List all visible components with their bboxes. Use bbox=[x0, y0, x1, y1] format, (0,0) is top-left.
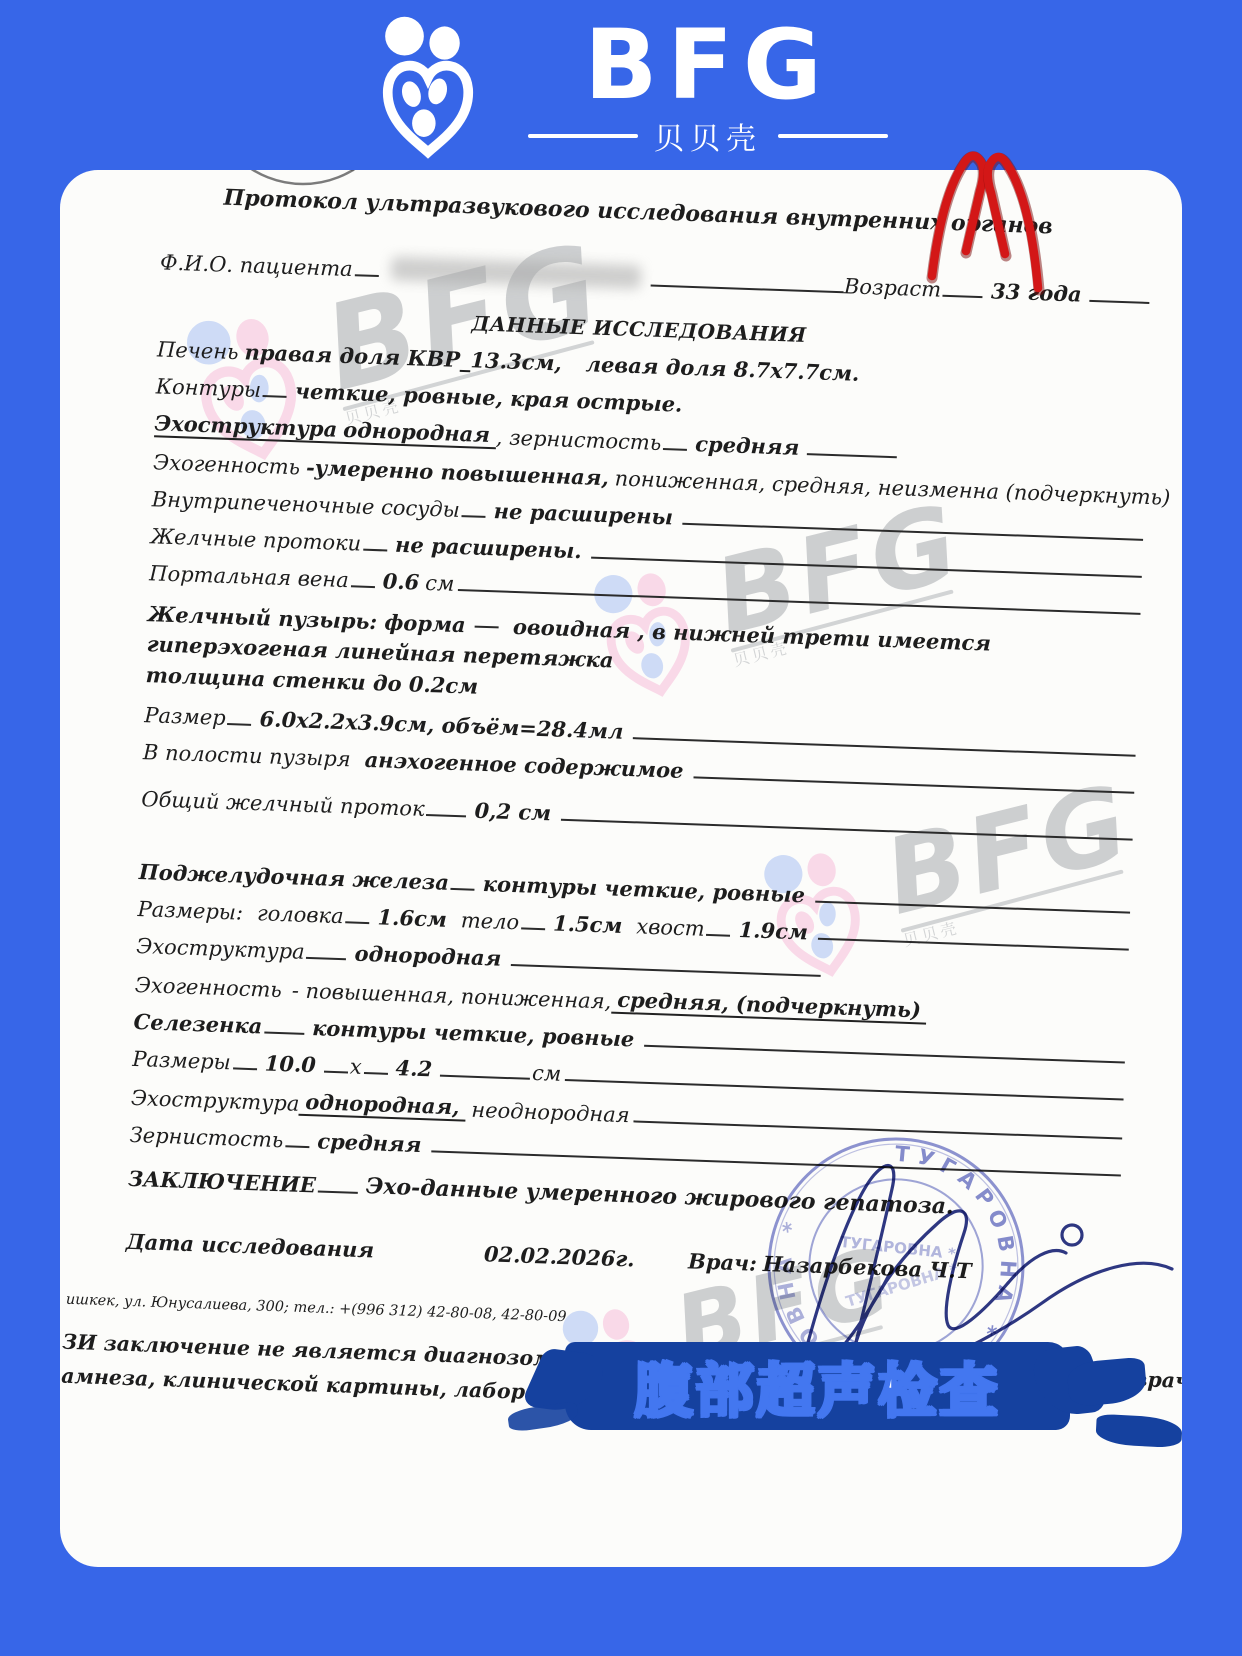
portal-vein-unit: см bbox=[425, 571, 455, 596]
patient-label: Ф.И.О. пациента bbox=[160, 250, 353, 281]
gb-size-value: 6.0х2.2х3.9см, объём=28.4мл bbox=[253, 706, 630, 744]
red-paperclip bbox=[918, 148, 1053, 298]
s-echostructure-selected: однородная, bbox=[299, 1089, 466, 1122]
caption-text: 腹部超声检查 bbox=[634, 1344, 1000, 1428]
document-photo-card: ЬЯ И ВРТ BFG 贝贝壳 BFG 贝贝壳 bbox=[60, 170, 1182, 1567]
p-echogenicity-selected: средняя, (подчеркнуть) bbox=[611, 987, 928, 1025]
study-date-label: Дата исследования bbox=[126, 1229, 375, 1263]
pancreas-label: Поджелудочная железа bbox=[138, 859, 449, 895]
contours-label: Контуры bbox=[155, 374, 261, 402]
grain-label: , зернистость bbox=[495, 425, 661, 455]
bile-ducts-value: не расширены. bbox=[389, 532, 588, 564]
bile-ducts-label: Желчные протоки bbox=[150, 524, 361, 555]
conclusion-label: ЗАКЛЮЧЕНИЕ bbox=[128, 1166, 317, 1198]
page: { "header": { "brand": "BFG", "brand_cn"… bbox=[0, 0, 1242, 1656]
spleen-size-unit: см bbox=[532, 1061, 562, 1086]
brand-name: BFG bbox=[584, 22, 832, 108]
p-echostructure-value: однородная bbox=[348, 941, 508, 972]
family-logo-icon bbox=[354, 14, 502, 166]
contours-value: четкие, ровные, края острые. bbox=[289, 378, 689, 417]
spleen-sizes-label: Размеры bbox=[132, 1047, 231, 1074]
echostructure-value: однородная bbox=[337, 417, 497, 450]
vessels-value: не расширены bbox=[487, 498, 679, 530]
echogenicity-selected: -умеренно повышенная, bbox=[300, 454, 616, 490]
spleen-label: Селезенка bbox=[133, 1009, 262, 1038]
brand-rule-left bbox=[528, 134, 638, 138]
cbd-value: 0,2 см bbox=[468, 798, 557, 826]
spleen-size-1: 10.0 bbox=[258, 1051, 322, 1078]
head-value: 1.6см bbox=[371, 904, 453, 932]
body-label: тело bbox=[452, 908, 519, 934]
s-grain-value: средняя bbox=[311, 1129, 428, 1158]
s-grain-label: Зернистость bbox=[129, 1123, 283, 1152]
liver-label: Печень bbox=[157, 337, 239, 364]
vessels-label: Внутрипеченочные сосуды bbox=[151, 487, 460, 522]
p-echogenicity-options: - повышенная, пониженная, bbox=[281, 978, 611, 1013]
portal-vein-label: Портальная вена bbox=[149, 561, 349, 592]
gallbladder-label: Желчный пузырь: форма bbox=[147, 601, 466, 637]
tail-value: 1.9см bbox=[732, 917, 814, 945]
head-label: головка bbox=[243, 901, 344, 928]
caption-band: 腹部超声检查 bbox=[565, 1342, 1070, 1430]
p-echostructure-label: Эхоструктура bbox=[136, 934, 305, 964]
portal-vein-value: 0.6 bbox=[376, 568, 425, 595]
body-value: 1.5см bbox=[547, 911, 629, 939]
brand-name-chinese: 贝贝壳 bbox=[654, 114, 762, 158]
brand-header: BFG 贝贝壳 bbox=[0, 10, 1242, 170]
gb-cavity-label: В полости пузыря bbox=[143, 740, 351, 771]
spleen-value: контуры четкие, ровные bbox=[306, 1015, 641, 1052]
pancreas-sizes-label: Размеры: bbox=[137, 897, 243, 925]
s-echostructure-label: Эхоструктура bbox=[131, 1086, 300, 1116]
s-echostructure-other: неоднородная bbox=[465, 1098, 630, 1128]
gb-cavity-value: анэхогенное содержимое bbox=[350, 747, 690, 784]
spleen-size-x: х bbox=[349, 1055, 362, 1079]
liver-left-lobe: левая доля 8.7х7.7см. bbox=[567, 351, 866, 386]
p-echogenicity-label: Эхогенность bbox=[134, 973, 282, 1002]
echogenicity-label: Эхогенность bbox=[153, 450, 301, 479]
echogenicity-options: пониженная, средняя, неизменна (подчеркн… bbox=[614, 466, 1170, 509]
common-bile-duct-row: Общий желчный проток 0,2 см bbox=[141, 786, 1133, 846]
echostructure-label: Эхоструктура bbox=[154, 410, 338, 443]
liver-right-lobe: правая доля КВР_13.3см, bbox=[238, 339, 568, 375]
pancreas-value: контуры четкие, ровные bbox=[476, 871, 811, 908]
spleen-size-2: 4.2 bbox=[389, 1055, 438, 1082]
patient-name-redacted bbox=[390, 256, 641, 289]
tail-label: хвост bbox=[628, 914, 705, 941]
brand-rule-right bbox=[778, 134, 888, 138]
gallbladder-row: Желчный пузырь: форма овоидная , в нижне… bbox=[145, 599, 1140, 725]
gallbladder-wall: толщина стенки до 0.2см bbox=[145, 662, 484, 699]
gb-size-label: Размер bbox=[144, 703, 226, 730]
cbd-label: Общий желчный проток bbox=[141, 787, 425, 821]
study-date-value: 02.02.2026г. bbox=[374, 1238, 641, 1272]
grain-value: средняя bbox=[689, 431, 806, 460]
